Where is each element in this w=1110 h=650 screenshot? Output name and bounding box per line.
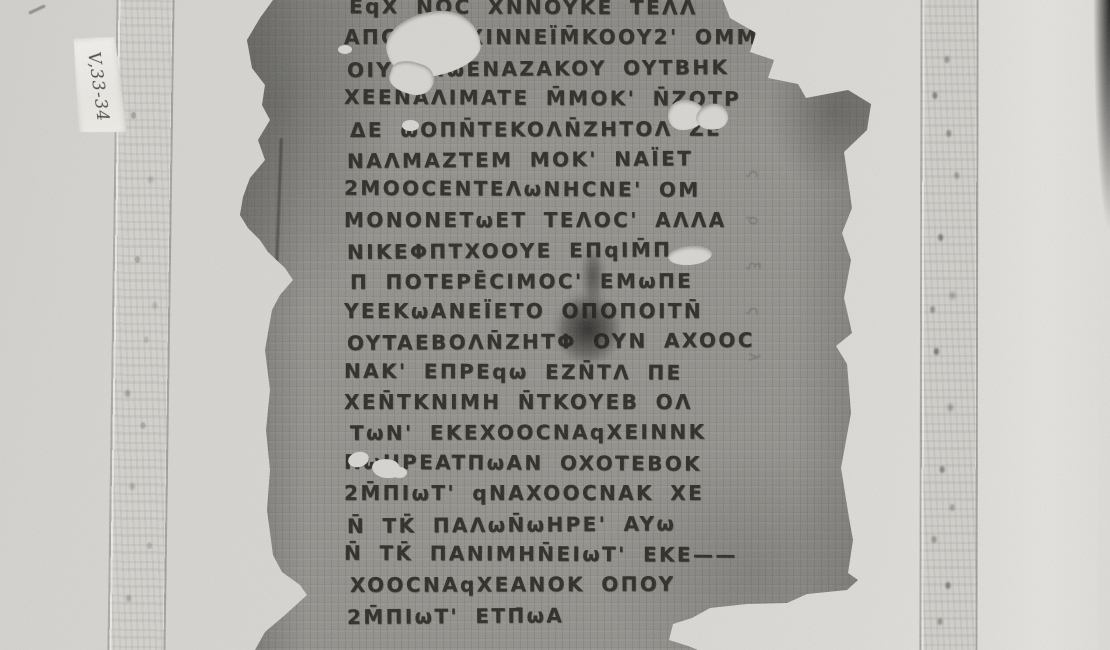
manuscript-line: XEN̄TKNIMH N̄TKOYEB OΛ	[344, 387, 844, 417]
lacuna-speck	[402, 120, 419, 131]
lacuna-speck	[338, 45, 352, 54]
photo-edge-shadow	[1092, 0, 1110, 320]
lacuna-speck	[392, 467, 407, 478]
manuscript-line: 2M̄ΠIωT' qNAXOOCNAK XE	[344, 478, 844, 508]
manuscript-line: ΔE ωOΠN̄TEKOΛN̄ZHTOΛ ZE	[350, 113, 850, 145]
manuscript-line: NAΛMAZTEM MOK' NAÏET	[347, 142, 847, 176]
photo: V,33-34 ς ρ ξ ς λ EqX NOC XNNOYKE TEΛΛ A…	[0, 0, 1110, 650]
strip-speckles	[921, 0, 926, 3]
manuscript-line: N̄ TK̄ ΠANIMHN̄EIωT' EKE——	[344, 538, 844, 571]
backdrop-bright-band	[979, 0, 1098, 650]
manuscript-line: ΠωHPEATΠωAN OXOTEBOK	[344, 447, 844, 480]
manuscript-line: TωN' EKEXOOCNAqXEINNK	[350, 417, 850, 449]
papyrus-fragment: ς ρ ξ ς λ EqX NOC XNNOYKE TEΛΛ AΠC ΛΠTXI…	[240, 0, 885, 650]
ink-blot	[582, 246, 604, 306]
manuscript-line: XOOCNAqXEANOK OΠOY	[350, 569, 850, 601]
manuscript-line: MONONETωET TEΛOC' AΛΛA	[344, 205, 844, 235]
glass-frame-right-strip	[919, 0, 978, 650]
scratch-mark	[28, 4, 46, 14]
fiber-crack	[274, 138, 282, 293]
manuscript-line: 2M̄ΠIωT' ETΠ̄ωA	[347, 598, 847, 632]
strip-speckles	[117, 0, 122, 1]
manuscript-line: 2MOOCENTEΛωNHCNE' OM	[344, 173, 844, 206]
manuscript-line: N̄ TK̄ ΠAΛωN̄ωHPE' AYω	[347, 507, 847, 541]
